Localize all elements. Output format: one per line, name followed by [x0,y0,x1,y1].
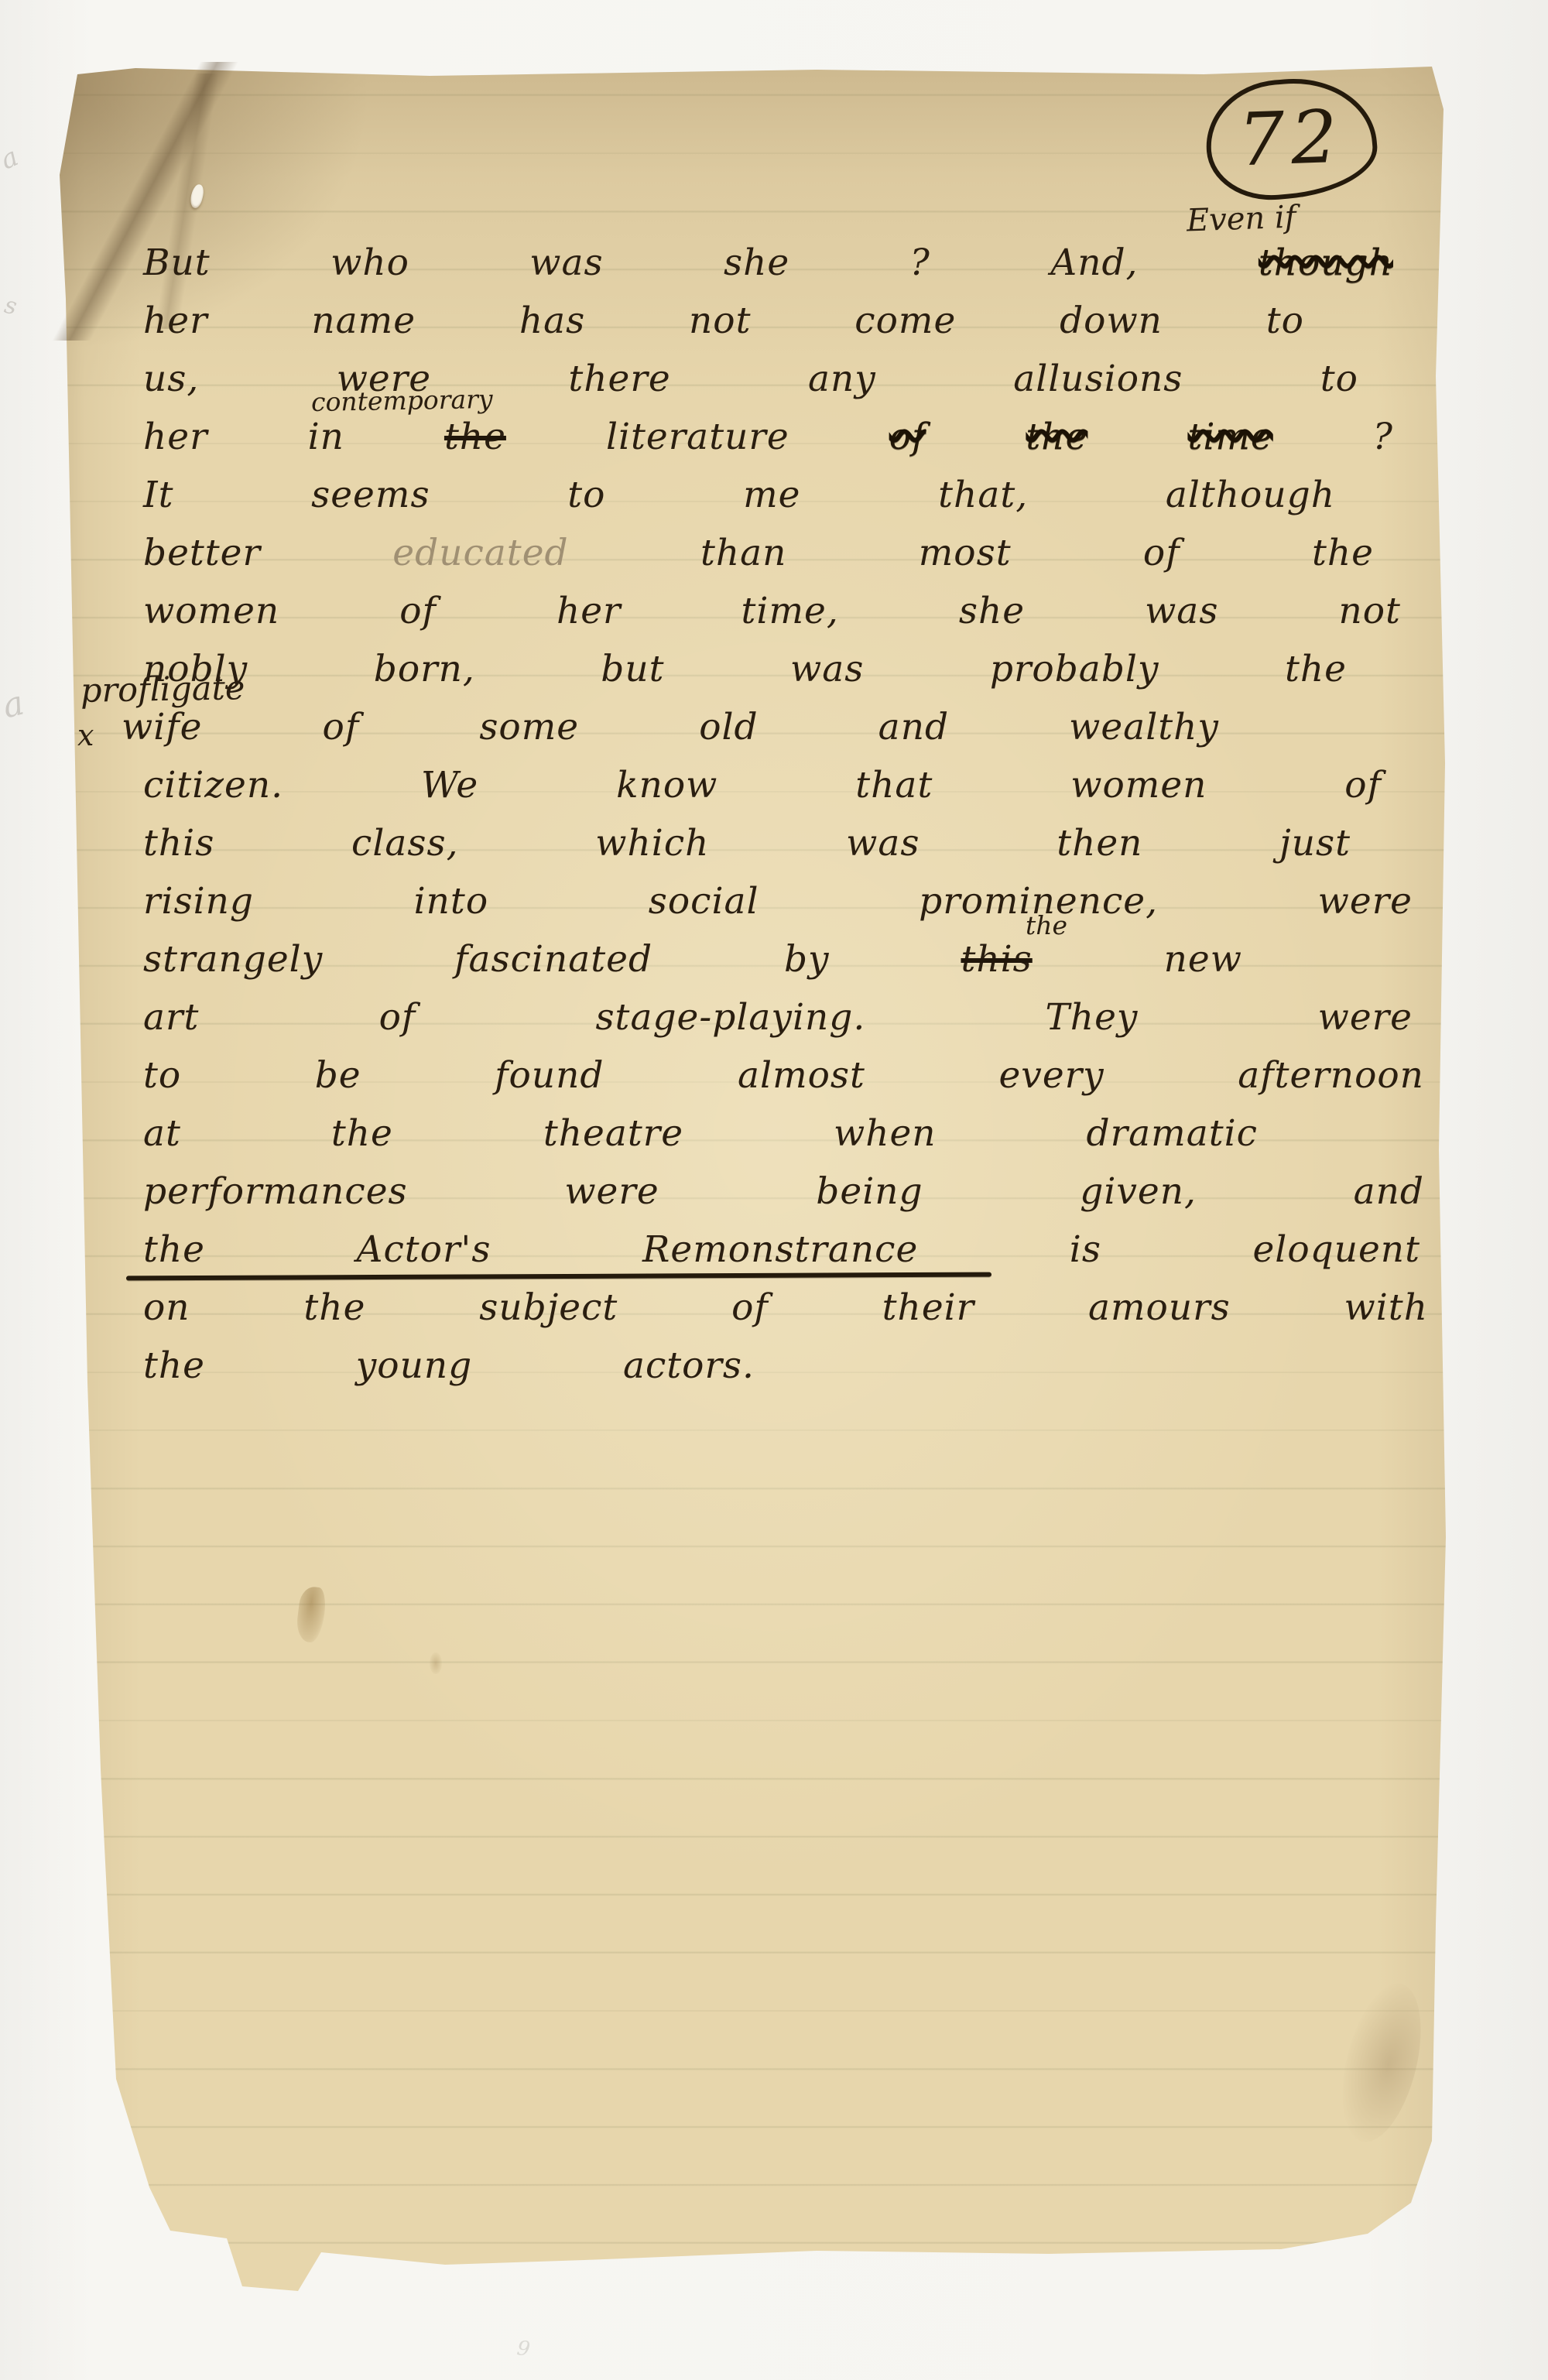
margin-pencil-scribble: 9 [515,2337,532,2361]
word: of [731,1286,769,1329]
manuscript-line: hernamehasnotcomedownto [143,292,1304,350]
word: when [834,1112,937,1155]
word: new [1164,938,1242,981]
word: that, [938,474,1028,516]
word: social [649,880,759,923]
word: than [700,532,786,574]
word: then [1057,822,1142,865]
word: down [1060,300,1163,342]
word: the [143,1344,205,1387]
manuscript-line: wifeofsomeoldandwealthy [122,698,1219,756]
word: dramatic [1087,1112,1258,1155]
word: women [143,590,279,632]
word: and [1354,1170,1424,1213]
word: which [595,822,709,865]
word: has [519,300,585,342]
word: with [1344,1286,1428,1329]
word: at [143,1112,181,1155]
word: her [143,416,208,458]
word: the [331,1112,393,1155]
margin-pencil-scribble: a [0,683,28,727]
word: to [1320,358,1358,400]
word: ? [910,241,930,284]
manuscript-line: theyoungactors. [143,1337,755,1395]
word: almost [738,1054,865,1097]
word: was [790,648,864,690]
word: she [959,590,1025,632]
word: to [1266,300,1304,342]
word: citizen. [143,764,283,806]
word: afternoon [1238,1054,1424,1097]
word: the [1285,648,1347,690]
word: name [311,300,416,342]
word: amours [1088,1286,1231,1329]
word: time, [741,590,839,632]
word: her [143,300,208,342]
word: They [1045,996,1138,1039]
insertion-caret-mark: x [77,718,94,752]
word: the [303,1286,365,1329]
word: But [143,241,211,284]
word: their [882,1286,974,1329]
word: not [689,300,751,342]
word: prominence, [919,880,1158,923]
word: was [846,822,920,865]
word: of [323,706,360,748]
word: into [414,880,489,923]
word: literature [606,416,789,458]
word: subject [479,1286,618,1329]
word: by [784,938,830,981]
manuscript-line: artofstage-playing.Theywere [143,988,1413,1046]
manuscript-line: us,werethereanyallusionsto [143,350,1358,408]
word: were [1318,880,1413,923]
word: to [143,1054,181,1097]
word: any [808,358,876,400]
word: It [143,474,173,516]
manuscript-lines: Butwhowasshe?And,thoughhernamehasnotcome… [143,234,1428,1395]
word: in [308,416,344,458]
word: the [143,1228,205,1271]
word: wife [122,706,202,748]
word: us, [143,358,199,400]
word: were [337,358,431,400]
word: the [444,416,506,458]
word: given, [1080,1170,1197,1213]
word: educated [392,532,568,574]
word: time [1187,416,1272,458]
word: of [889,416,926,458]
insertion-even-if: Even if [1186,200,1296,239]
word: that [855,764,933,806]
manuscript-line: performanceswerebeinggiven,and [143,1163,1424,1221]
word: though [1259,241,1393,284]
word: but [601,648,664,690]
word: of [1143,532,1180,574]
word: was [1145,590,1218,632]
word: art [143,996,199,1039]
word: this [961,938,1032,981]
word: Remonstrance [642,1228,918,1271]
manuscript-line: strangelyfascinatedbythisnew [143,930,1242,988]
word: come [854,300,956,342]
word: better [143,532,261,574]
manuscript-line: herintheliteratureofthetime? [143,408,1393,466]
word: allusions [1013,358,1183,400]
word: she [724,241,789,284]
word: this [143,822,214,865]
word: although [1166,474,1335,516]
word: every [998,1054,1104,1097]
manuscript-line: citizen.Weknowthatwomenof [143,756,1382,814]
word: were [1318,996,1413,1039]
word: And, [1050,241,1138,284]
word: born, [374,648,475,690]
manuscript-line: bettereducatedthanmostofthe [143,524,1374,582]
word: were [564,1170,659,1213]
word: strangely [143,938,323,981]
margin-pencil-scribble: a [0,142,23,176]
word: not [1338,590,1400,632]
word: and [878,706,949,748]
word: being [816,1170,923,1213]
word: probably [990,648,1159,690]
word: who [330,241,409,284]
manuscript-line: theActor'sRemonstranceiseloquent [143,1221,1420,1279]
word: there [568,358,670,400]
word: Actor's [357,1228,491,1271]
word: the [1312,532,1374,574]
paper-stain [430,1652,442,1674]
manuscript-line: womenofhertime,shewasnot [143,582,1401,640]
manuscript-line: atthetheatrewhendramatic [143,1104,1258,1163]
word: found [495,1054,604,1097]
word: some [479,706,579,748]
manuscript-line: tobefoundalmosteveryafternoon [143,1046,1424,1104]
word: most [919,532,1012,574]
word: class, [351,822,459,865]
manuscript-line: Butwhowasshe?And,though [143,234,1393,292]
word: wealthy [1069,706,1219,748]
word: was [529,241,603,284]
word: be [315,1054,361,1097]
word: of [399,590,437,632]
word: rising [143,880,254,923]
word: of [1344,764,1382,806]
word: to [567,474,605,516]
word: ? [1373,416,1393,458]
word: old [699,706,758,748]
manuscript-line: thisclass,whichwasthenjust [143,814,1351,872]
word: the [1026,416,1087,458]
word: fascinated [454,938,652,981]
page-number: 72 [1237,94,1344,183]
scanned-manuscript: { "manuscript": { "page_number": "72", "… [0,0,1548,2380]
word: her [557,590,622,632]
word: stage-playing. [595,996,865,1039]
word: on [143,1286,190,1329]
word: me [743,474,800,516]
manuscript-line: noblyborn,butwasprobablythe [143,640,1347,698]
manuscript-line: risingintosocialprominence,were [143,872,1413,930]
word: know [616,764,717,806]
word: of [379,996,416,1039]
word: nobly [143,648,248,690]
word: theatre [543,1112,683,1155]
word: young [356,1344,472,1387]
manuscript-line: onthesubjectoftheiramourswith [143,1279,1428,1337]
word: women [1070,764,1207,806]
word: seems [311,474,430,516]
manuscript-line: Itseemstomethat,although [143,466,1335,524]
word: performances [143,1170,408,1213]
word: actors. [623,1344,755,1387]
word: just [1279,822,1351,865]
word: is [1070,1228,1101,1271]
word: eloquent [1252,1228,1420,1271]
margin-pencil-scribble: s [2,292,19,320]
word: We [421,764,478,806]
